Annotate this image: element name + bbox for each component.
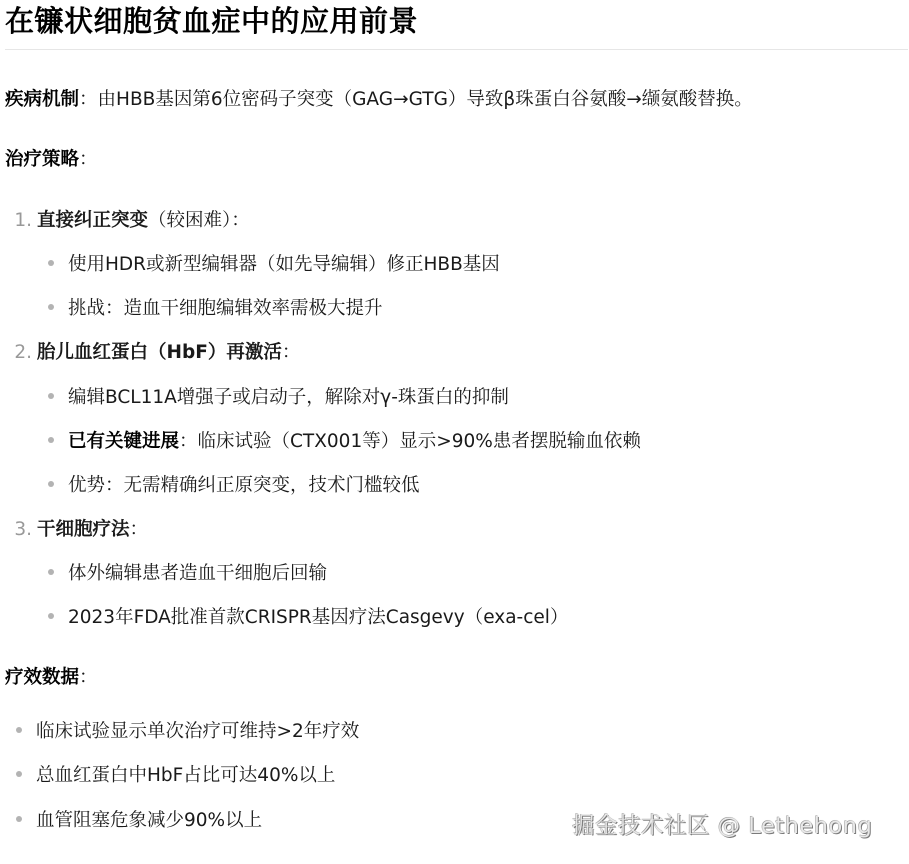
list-item: 总血红蛋白中HbF占比可达40%以上: [16, 763, 335, 789]
bullet-icon: [16, 771, 22, 777]
efficacy-label: 疗效数据: [5, 667, 79, 688]
list-item: 挑战：造血干细胞编辑效率需极大提升: [48, 296, 383, 322]
mechanism-colon: ：: [79, 89, 98, 110]
list-item-text: ：临床试验（CTX001等）显示>90%患者摆脱输血依赖: [179, 431, 641, 452]
list-item: 编辑BCL11A增强子或启动子，解除对γ-珠蛋白的抑制: [48, 385, 509, 411]
bullet-icon: [16, 727, 22, 733]
strategy-item-2: 2.胎儿血红蛋白（HbF）再激活：: [5, 340, 300, 366]
bullet-icon: [48, 393, 54, 399]
title-divider: [5, 49, 908, 50]
bullet-icon: [48, 613, 54, 619]
strategy-label: 治疗策略: [5, 149, 79, 170]
mechanism-paragraph: 疾病机制：由HBB基因第6位密码子突变（GAG→GTG）导致β珠蛋白谷氨酸→缬氨…: [5, 87, 753, 113]
strategy-item-1: 1.直接纠正突变（较困难）：: [5, 208, 250, 234]
list-item: 已有关键进展：临床试验（CTX001等）显示>90%患者摆脱输血依赖: [48, 429, 641, 455]
watermark: 掘金技术社区 @ Lethehong: [572, 808, 872, 840]
list-number: 2.: [5, 340, 37, 366]
strategy-item-suffix: （较困难）：: [148, 210, 250, 231]
list-item-text: 挑战：造血干细胞编辑效率需极大提升: [68, 298, 383, 319]
list-item-text: 血管阻塞危象减少90%以上: [36, 810, 262, 831]
list-item: 2023年FDA批准首款CRISPR基因疗法Casgevy（exa-cel）: [48, 605, 568, 631]
efficacy-colon: ：: [79, 667, 98, 688]
list-item-text: 2023年FDA批准首款CRISPR基因疗法Casgevy（exa-cel）: [68, 607, 568, 628]
list-item: 血管阻塞危象减少90%以上: [16, 808, 262, 834]
strategy-item-suffix: ：: [130, 519, 149, 540]
list-number: 3.: [5, 517, 37, 543]
mechanism-text: 由HBB基因第6位密码子突变（GAG→GTG）导致β珠蛋白谷氨酸→缬氨酸替换。: [98, 89, 753, 110]
bullet-icon: [16, 816, 22, 822]
efficacy-heading: 疗效数据：: [5, 665, 98, 691]
list-item-text: 优势：无需精确纠正原突变，技术门槛较低: [68, 475, 420, 496]
list-item: 体外编辑患者造血干细胞后回输: [48, 561, 327, 587]
strategy-item-heading: 胎儿血红蛋白（HbF）再激活: [37, 342, 282, 363]
bullet-icon: [48, 569, 54, 575]
list-item-text: 总血红蛋白中HbF占比可达40%以上: [36, 765, 335, 786]
list-item-bold: 已有关键进展: [68, 431, 179, 452]
list-item-text: 编辑BCL11A增强子或启动子，解除对γ-珠蛋白的抑制: [68, 387, 509, 408]
bullet-icon: [48, 437, 54, 443]
strategy-item-heading: 直接纠正突变: [37, 210, 148, 231]
strategy-item-heading: 干细胞疗法: [37, 519, 130, 540]
strategy-item-suffix: ：: [282, 342, 301, 363]
list-item: 使用HDR或新型编辑器（如先导编辑）修正HBB基因: [48, 252, 500, 278]
mechanism-label: 疾病机制: [5, 89, 79, 110]
strategy-item-3: 3.干细胞疗法：: [5, 517, 148, 543]
bullet-icon: [48, 260, 54, 266]
bullet-icon: [48, 304, 54, 310]
list-number: 1.: [5, 208, 37, 234]
strategy-heading: 治疗策略：: [5, 147, 98, 173]
list-item-text: 临床试验显示单次治疗可维持>2年疗效: [36, 721, 359, 742]
bullet-icon: [48, 481, 54, 487]
page-title: 在镰状细胞贫血症中的应用前景: [5, 2, 418, 40]
list-item-text: 体外编辑患者造血干细胞后回输: [68, 563, 327, 584]
list-item: 优势：无需精确纠正原突变，技术门槛较低: [48, 473, 420, 499]
list-item: 临床试验显示单次治疗可维持>2年疗效: [16, 719, 359, 745]
list-item-text: 使用HDR或新型编辑器（如先导编辑）修正HBB基因: [68, 254, 500, 275]
strategy-colon: ：: [79, 149, 98, 170]
